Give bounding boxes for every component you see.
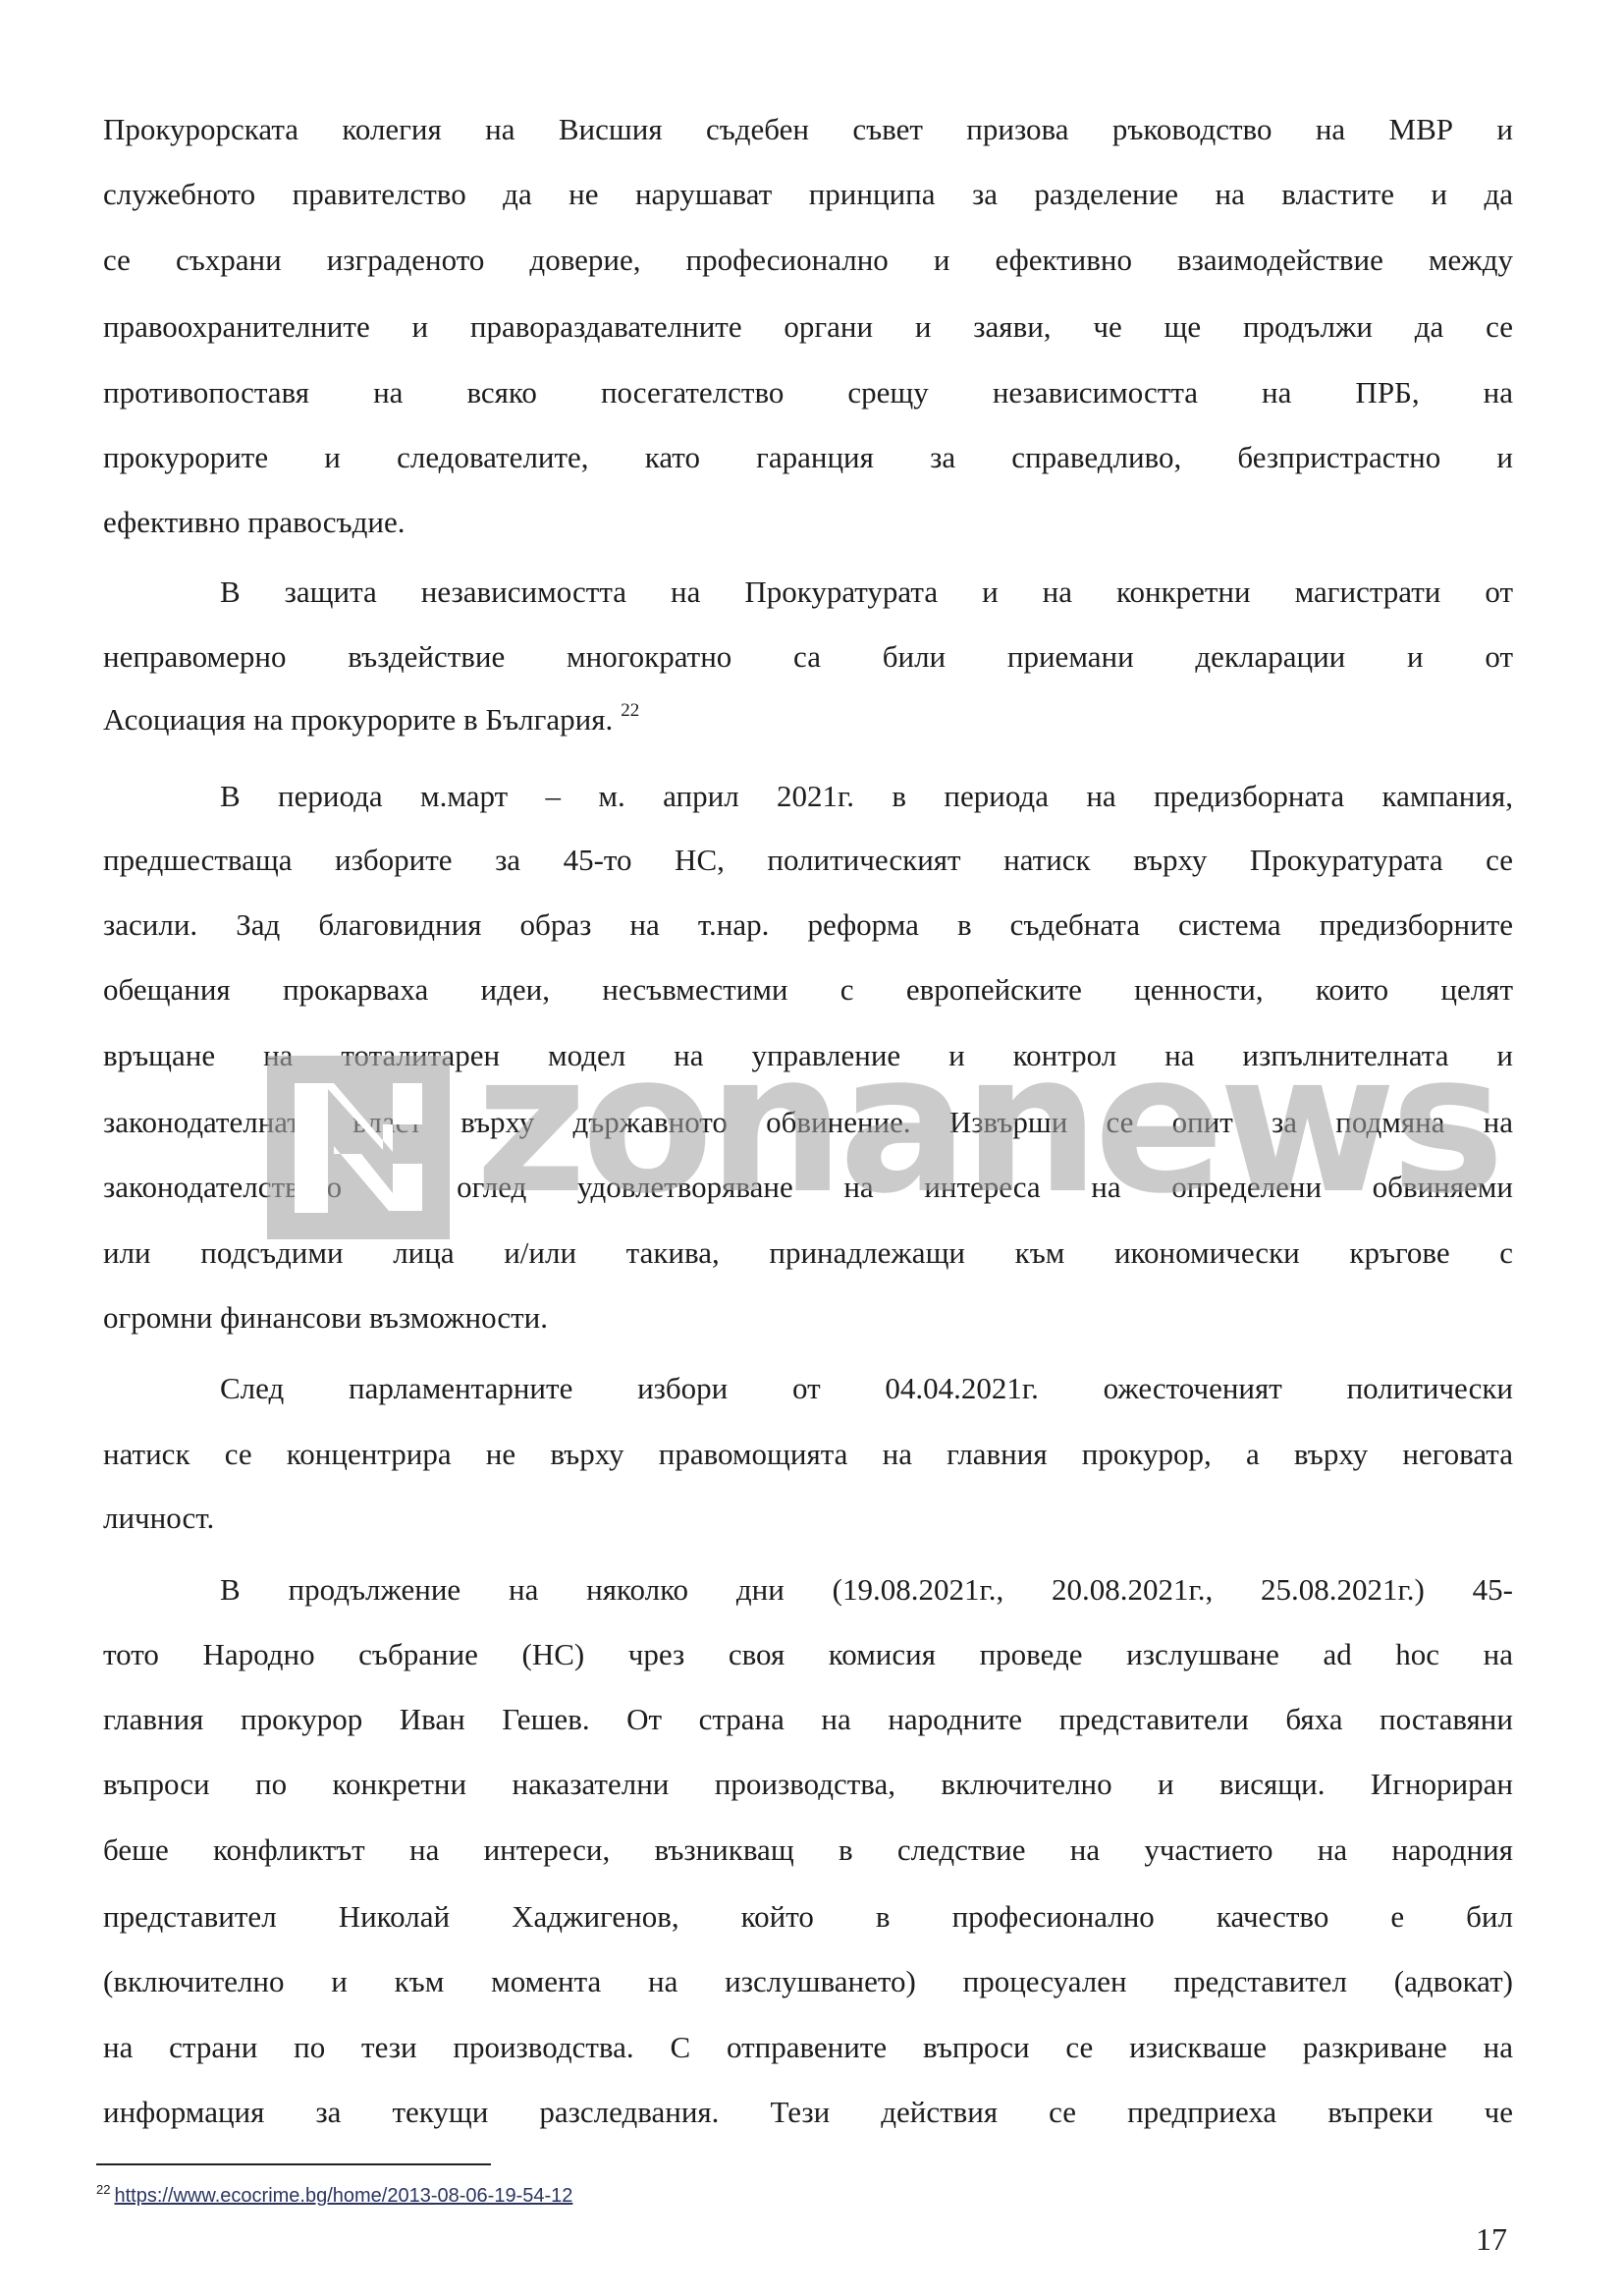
document-page: Прокурорската колегия на Висшия съдебен …: [0, 0, 1624, 2296]
text-line: законодателството с оглед удовлетворяван…: [103, 1168, 1513, 1207]
text-line: В защита независимостта на Прокуратурата…: [220, 573, 1513, 612]
text-line: беше конфликтът на интереси, възникващ в…: [103, 1831, 1513, 1870]
text-line: информация за текущи разследвания. Тези …: [103, 2093, 1513, 2132]
text-line: Прокурорската колегия на Висшия съдебен …: [103, 110, 1513, 149]
footnote-reference[interactable]: 22: [621, 700, 639, 721]
text-line-content: Асоциация на прокурорите в България.: [103, 702, 613, 737]
text-line: противопоставя на всяко посегателство ср…: [103, 373, 1513, 412]
text-line: се съхрани изграденото доверие, професио…: [103, 241, 1513, 280]
text-line: В периода м.март – м. април 2021г. в пер…: [220, 777, 1513, 816]
text-line: След парламентарните избори от 04.04.202…: [220, 1369, 1513, 1408]
text-line: неправомерно въздействие многократно са …: [103, 637, 1513, 677]
text-line: обещания прокарваха идеи, несъвместими с…: [103, 970, 1513, 1010]
text-line: законодателната власт върху държавното о…: [103, 1103, 1513, 1142]
text-line: представител Николай Хаджигенов, който в…: [103, 1897, 1513, 1937]
footnote: 22https://www.ecocrime.bg/home/2013-08-0…: [96, 2182, 572, 2208]
text-line: засили. Зад благовидния образ на т.нар. …: [103, 905, 1513, 945]
text-line: въпроси по конкретни наказателни произво…: [103, 1765, 1513, 1804]
text-line: главния прокурор Иван Гешев. От страна н…: [103, 1700, 1513, 1739]
text-line: на страни по тези производства. С отправ…: [103, 2028, 1513, 2067]
text-line: връщане на тоталитарен модел на управлен…: [103, 1036, 1513, 1075]
text-line: Асоциация на прокурорите в България.22: [103, 700, 1513, 739]
page-number: 17: [1476, 2221, 1507, 2258]
text-line: правоохранителните и правораздавателните…: [103, 307, 1513, 347]
text-line: или подсъдими лица и/или такива, принадл…: [103, 1233, 1513, 1273]
text-line: В продължение на няколко дни (19.08.2021…: [220, 1570, 1513, 1610]
text-line: личност.: [103, 1499, 1513, 1538]
footnote-separator: [96, 2163, 491, 2165]
text-line: (включително и към момента на изслушване…: [103, 1962, 1513, 2001]
watermark: zonanews: [267, 1056, 1367, 1242]
text-line: огромни финансови възможности.: [103, 1298, 1513, 1338]
text-line: натиск се концентрира не върху правомощи…: [103, 1435, 1513, 1474]
text-line: тото Народно събрание (НС) чрез своя ком…: [103, 1635, 1513, 1674]
text-line: предшестваща изборите за 45-то НС, полит…: [103, 841, 1513, 880]
footnote-link[interactable]: https://www.ecocrime.bg/home/2013-08-06-…: [114, 2185, 572, 2207]
footnote-number: 22: [96, 2182, 110, 2197]
text-line: служебното правителство да не нарушават …: [103, 175, 1513, 214]
text-line: ефективно правосъдие.: [103, 503, 1513, 542]
zonanews-logo-icon: [267, 1056, 450, 1239]
text-line: прокурорите и следователите, като гаранц…: [103, 438, 1513, 477]
